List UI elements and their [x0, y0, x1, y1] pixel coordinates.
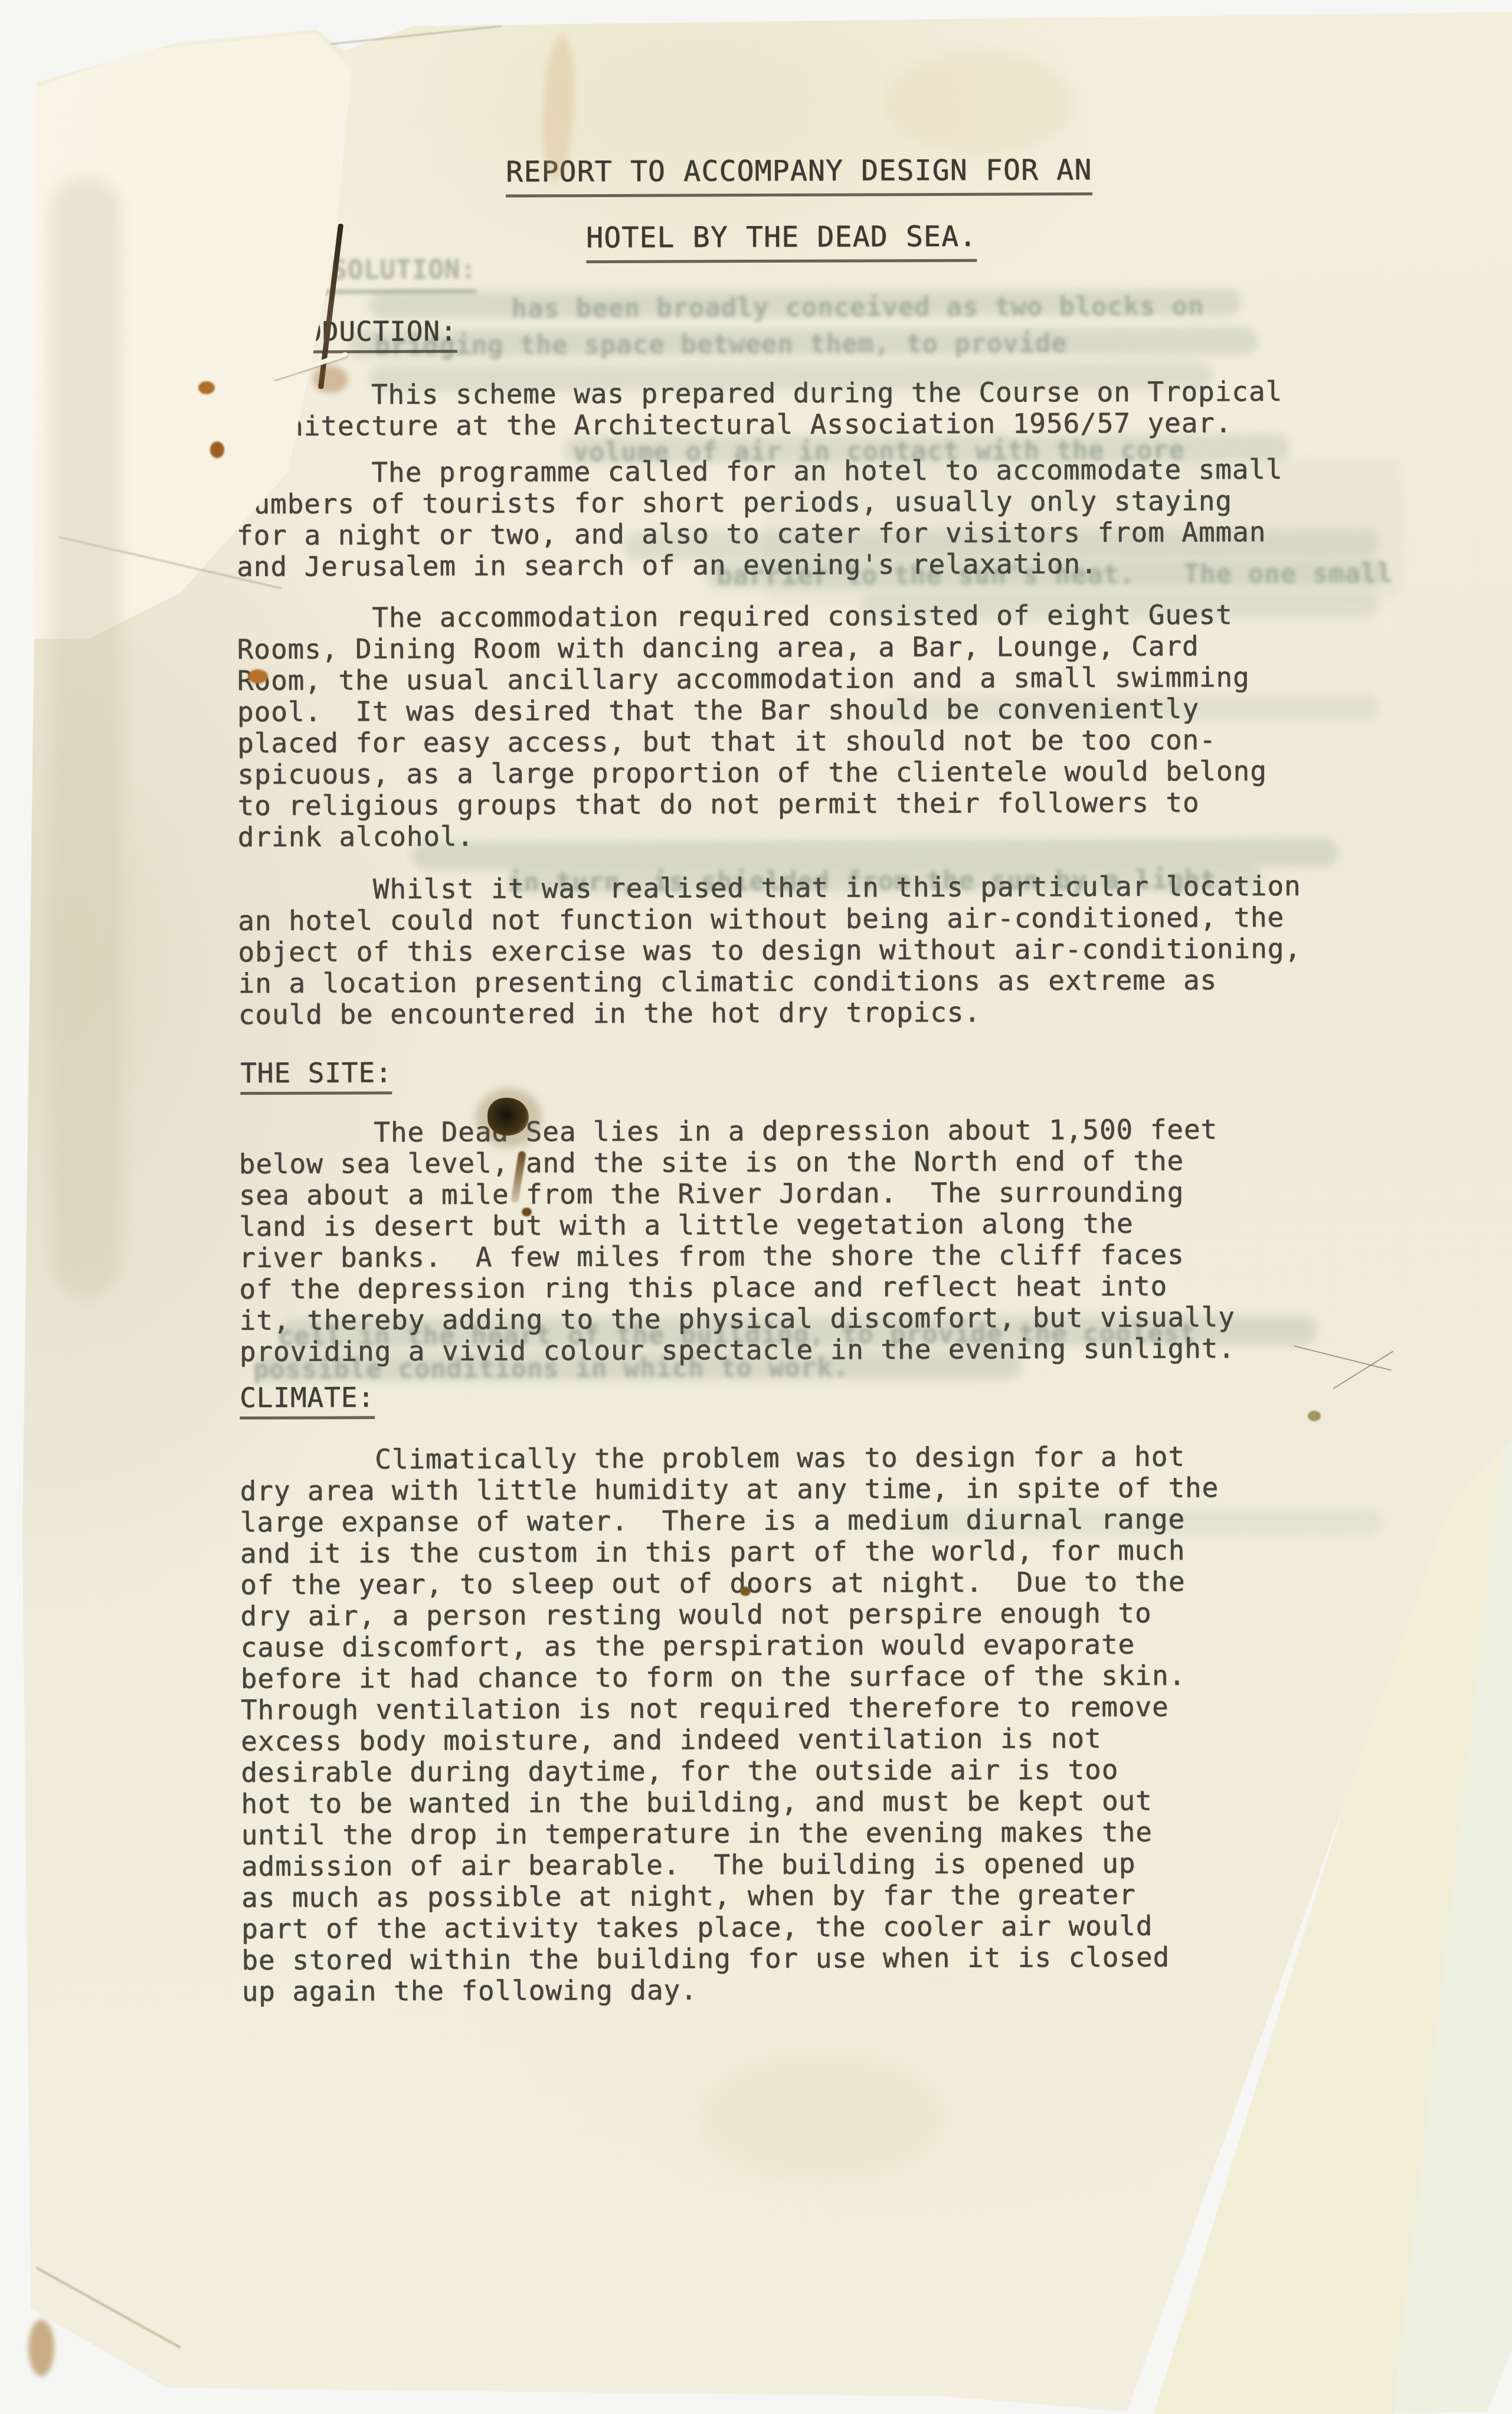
text-line: could be encountered in the hot dry trop… — [238, 996, 1302, 1031]
introduction-paragraph-3: The accommodation required consisted of … — [237, 599, 1267, 853]
introduction-paragraph-2: The programme called for an hotel to acc… — [237, 454, 1284, 583]
text-line: large expanse of water. There is a mediu… — [240, 1503, 1219, 1538]
text-line: admission of air bearable. The building … — [241, 1847, 1220, 1882]
text-line: sea about a mile from the River Jordan. … — [239, 1176, 1235, 1211]
text-line: Through ventilation is not required ther… — [241, 1691, 1220, 1726]
rust-streak — [28, 2320, 54, 2376]
site-paragraph-1: The Dead Sea lies in a depression about … — [238, 1114, 1235, 1368]
text-line: below sea level, and the site is on the … — [239, 1145, 1235, 1180]
text-line: The Dead Sea lies in a depression about … — [238, 1114, 1234, 1149]
text-line: part of the activity takes place, the co… — [241, 1910, 1220, 1945]
text-line: excess body moisture, and indeed ventila… — [241, 1722, 1220, 1757]
section-heading-climate: CLIMATE: — [240, 1381, 375, 1419]
text-line: it, thereby adding to the physical disco… — [240, 1301, 1235, 1336]
rust-spot — [248, 669, 268, 683]
text-line: river banks. A few miles from the shore … — [239, 1239, 1235, 1274]
text-line: object of this exercise was to design wi… — [238, 933, 1301, 968]
ink-blot-dot — [522, 1208, 532, 1216]
text-line: before it had chance to form on the surf… — [241, 1660, 1220, 1695]
text-line: of the depression ring this place and re… — [239, 1270, 1235, 1305]
text-line: This scheme was prepared during the Cour… — [236, 376, 1282, 411]
scanned-document: THE SOLUTION:has been broadly conceived … — [0, 0, 1512, 2414]
text-line: spicuous, as a large proportion of the c… — [237, 755, 1266, 790]
text-line: hot to be wanted in the building, and mu… — [241, 1785, 1220, 1820]
text-line: dry area with little humidity at any tim… — [240, 1472, 1219, 1507]
staple-rust-stain — [313, 366, 348, 393]
text-line: and it is the custom in this part of the… — [240, 1535, 1219, 1569]
rust-spot — [210, 441, 224, 458]
section-heading-the-site: THE SITE: — [240, 1056, 392, 1095]
text-line: to religious groups that do not permit t… — [238, 787, 1267, 822]
text-line: providing a vivid colour spectacle in th… — [240, 1333, 1235, 1368]
text-line: Whilst it was realised that in this part… — [238, 871, 1301, 905]
rust-spot — [198, 381, 215, 394]
text-line: Architecture at the Architectural Associ… — [236, 407, 1282, 442]
text-line: be stored within the building for use wh… — [241, 1941, 1220, 1976]
text-line: Climatically the problem was to design f… — [240, 1441, 1219, 1476]
text-line: of the year, to sleep out of doors at ni… — [240, 1566, 1219, 1601]
text-line: The programme called for an hotel to acc… — [237, 454, 1283, 489]
text-line: until the drop in temperature in the eve… — [241, 1816, 1220, 1851]
text-line: drink alcohol. — [238, 818, 1267, 853]
ink-blot — [487, 1098, 529, 1136]
text-line: placed for easy access, but that it shou… — [237, 724, 1266, 759]
climate-paragraph-1: Climatically the problem was to design f… — [240, 1441, 1220, 2007]
text-line: dry air, a person resting would not pers… — [240, 1597, 1219, 1632]
text-line: desirable during daytime, for the outsid… — [241, 1754, 1220, 1788]
text-line: for a night or two, and also to cater fo… — [237, 516, 1283, 551]
text-line: Room, the usual ancillary accommodation … — [237, 662, 1266, 696]
text-line: in a location presenting climatic condit… — [238, 964, 1302, 999]
text-line: pool. It was desired that the Bar should… — [237, 693, 1266, 728]
text-line: an hotel could not function without bein… — [238, 902, 1301, 937]
text-line: cause discomfort, as the perspiration wo… — [241, 1628, 1220, 1663]
text-line: The accommodation required consisted of … — [237, 599, 1266, 634]
text-line: and Jerusalem in search of an evening's … — [237, 548, 1283, 583]
introduction-paragraph-4: Whilst it was realised that in this part… — [238, 871, 1301, 1031]
text-line: land is desert but with a little vegetat… — [239, 1208, 1235, 1242]
text-line: up again the following day. — [242, 1973, 1221, 2007]
text-line: as much as possible at night, when by fa… — [241, 1879, 1220, 1913]
introduction-paragraph-1: This scheme was prepared during the Cour… — [236, 376, 1282, 442]
text-line: Rooms, Dining Room with dancing area, a … — [237, 630, 1266, 665]
text-line: numbers of tourists for short periods, u… — [237, 485, 1283, 520]
